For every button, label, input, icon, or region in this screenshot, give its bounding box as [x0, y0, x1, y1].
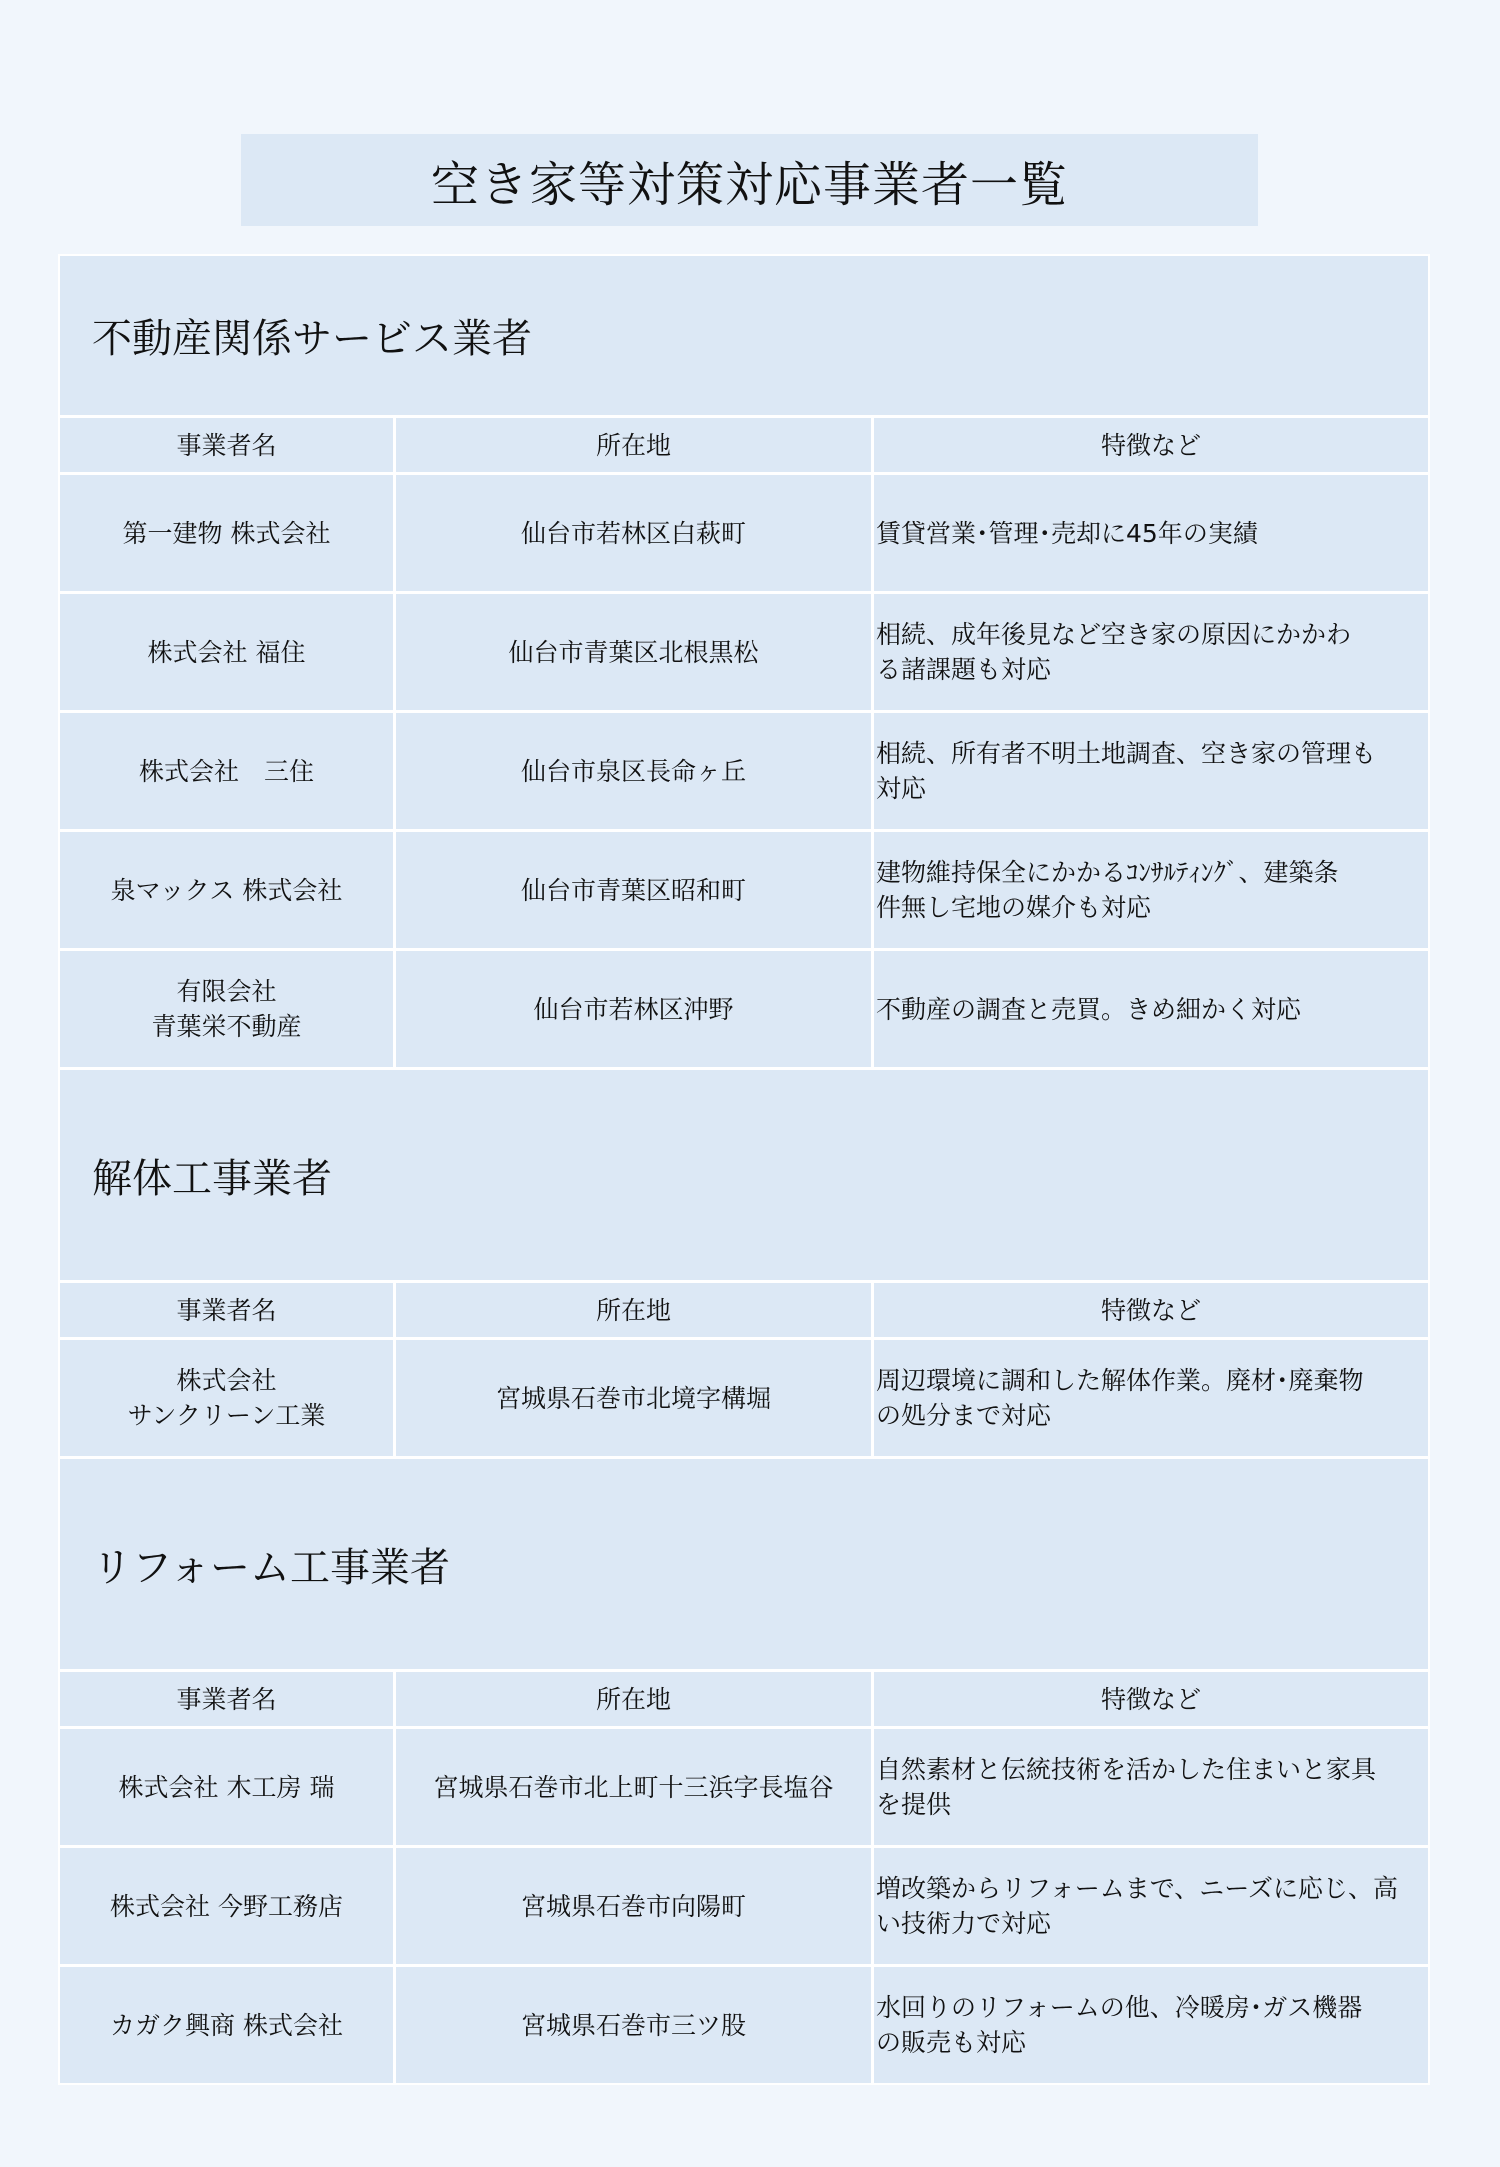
column-header-features: 特徴など [874, 1283, 1428, 1337]
table-row: 第一建物 株式会社 仙台市若林区白萩町 賃貸営業･管理･売却に45年の実績 [60, 475, 1428, 591]
page-title: 空き家等対策対応事業者一覧 [241, 134, 1258, 226]
company-features: 水回りのリフォームの他、冷暖房･ガス機器 の販売も対応 [874, 1967, 1428, 2083]
column-header-location: 所在地 [396, 418, 871, 472]
company-name: カガク興商 株式会社 [60, 1967, 393, 2083]
company-features: 自然素材と伝統技術を活かした住まいと家具 を提供 [874, 1729, 1428, 1845]
company-name: 株式会社 三住 [60, 713, 393, 829]
section-heading: 不動産関係サービス業者 [60, 256, 1428, 415]
column-header-row: 事業者名 所在地 特徴など [60, 1672, 1428, 1726]
section-heading: リフォーム工事業者 [60, 1459, 1428, 1669]
company-name: 株式会社 福住 [60, 594, 393, 710]
table-row: 有限会社 青葉栄不動産 仙台市若林区沖野 不動産の調査と売買。きめ細かく対応 [60, 951, 1428, 1067]
table-row: 株式会社 今野工務店 宮城県石巻市向陽町 増改築からリフォームまで、ニーズに応じ… [60, 1848, 1428, 1964]
company-location: 宮城県石巻市北上町十三浜字長塩谷 [396, 1729, 871, 1845]
company-location: 宮城県石巻市北境字構堀 [396, 1340, 871, 1456]
section-real-estate: 不動産関係サービス業者 事業者名 所在地 特徴など 第一建物 株式会社 仙台市若… [60, 256, 1428, 1067]
company-features: 不動産の調査と売買。きめ細かく対応 [874, 951, 1428, 1067]
company-location: 仙台市若林区沖野 [396, 951, 871, 1067]
table-row: 泉マックス 株式会社 仙台市青葉区昭和町 建物維持保全にかかるｺﾝｻﾙﾃｨﾝｸﾞ… [60, 832, 1428, 948]
company-features: 建物維持保全にかかるｺﾝｻﾙﾃｨﾝｸﾞ、建築条 件無し宅地の媒介も対応 [874, 832, 1428, 948]
table-row: カガク興商 株式会社 宮城県石巻市三ツ股 水回りのリフォームの他、冷暖房･ガス機… [60, 1967, 1428, 2083]
table-row: 株式会社 福住 仙台市青葉区北根黒松 相続、成年後見など空き家の原因にかかわ る… [60, 594, 1428, 710]
column-header-name: 事業者名 [60, 1283, 393, 1337]
company-features: 相続、所有者不明土地調査、空き家の管理も 対応 [874, 713, 1428, 829]
section-demolition: 解体工事業者 事業者名 所在地 特徴など 株式会社 サンクリーン工業 宮城県石巻… [60, 1070, 1428, 1456]
company-location: 仙台市青葉区昭和町 [396, 832, 871, 948]
company-name: 株式会社 サンクリーン工業 [60, 1340, 393, 1456]
column-header-location: 所在地 [396, 1283, 871, 1337]
company-location: 仙台市若林区白萩町 [396, 475, 871, 591]
table-row: 株式会社 木工房 瑞 宮城県石巻市北上町十三浜字長塩谷 自然素材と伝統技術を活か… [60, 1729, 1428, 1845]
column-header-row: 事業者名 所在地 特徴など [60, 1283, 1428, 1337]
company-features: 周辺環境に調和した解体作業。廃材･廃棄物 の処分まで対応 [874, 1340, 1428, 1456]
column-header-location: 所在地 [396, 1672, 871, 1726]
table-row: 株式会社 三住 仙台市泉区長命ヶ丘 相続、所有者不明土地調査、空き家の管理も 対… [60, 713, 1428, 829]
company-name: 第一建物 株式会社 [60, 475, 393, 591]
company-name: 株式会社 今野工務店 [60, 1848, 393, 1964]
company-features: 賃貸営業･管理･売却に45年の実績 [874, 475, 1428, 591]
company-name: 株式会社 木工房 瑞 [60, 1729, 393, 1845]
column-header-name: 事業者名 [60, 418, 393, 472]
company-location: 宮城県石巻市向陽町 [396, 1848, 871, 1964]
column-header-features: 特徴など [874, 418, 1428, 472]
section-renovation: リフォーム工事業者 事業者名 所在地 特徴など 株式会社 木工房 瑞 宮城県石巻… [60, 1459, 1428, 2083]
column-header-name: 事業者名 [60, 1672, 393, 1726]
company-features: 増改築からリフォームまで、ニーズに応じ、高 い技術力で対応 [874, 1848, 1428, 1964]
section-heading: 解体工事業者 [60, 1070, 1428, 1280]
company-location: 仙台市泉区長命ヶ丘 [396, 713, 871, 829]
company-location: 宮城県石巻市三ツ股 [396, 1967, 871, 2083]
company-name: 有限会社 青葉栄不動産 [60, 951, 393, 1067]
table-row: 株式会社 サンクリーン工業 宮城県石巻市北境字構堀 周辺環境に調和した解体作業。… [60, 1340, 1428, 1456]
column-header-features: 特徴など [874, 1672, 1428, 1726]
company-features: 相続、成年後見など空き家の原因にかかわ る諸課題も対応 [874, 594, 1428, 710]
column-header-row: 事業者名 所在地 特徴など [60, 418, 1428, 472]
company-location: 仙台市青葉区北根黒松 [396, 594, 871, 710]
company-name: 泉マックス 株式会社 [60, 832, 393, 948]
vendor-table: 不動産関係サービス業者 事業者名 所在地 特徴など 第一建物 株式会社 仙台市若… [58, 254, 1430, 2085]
